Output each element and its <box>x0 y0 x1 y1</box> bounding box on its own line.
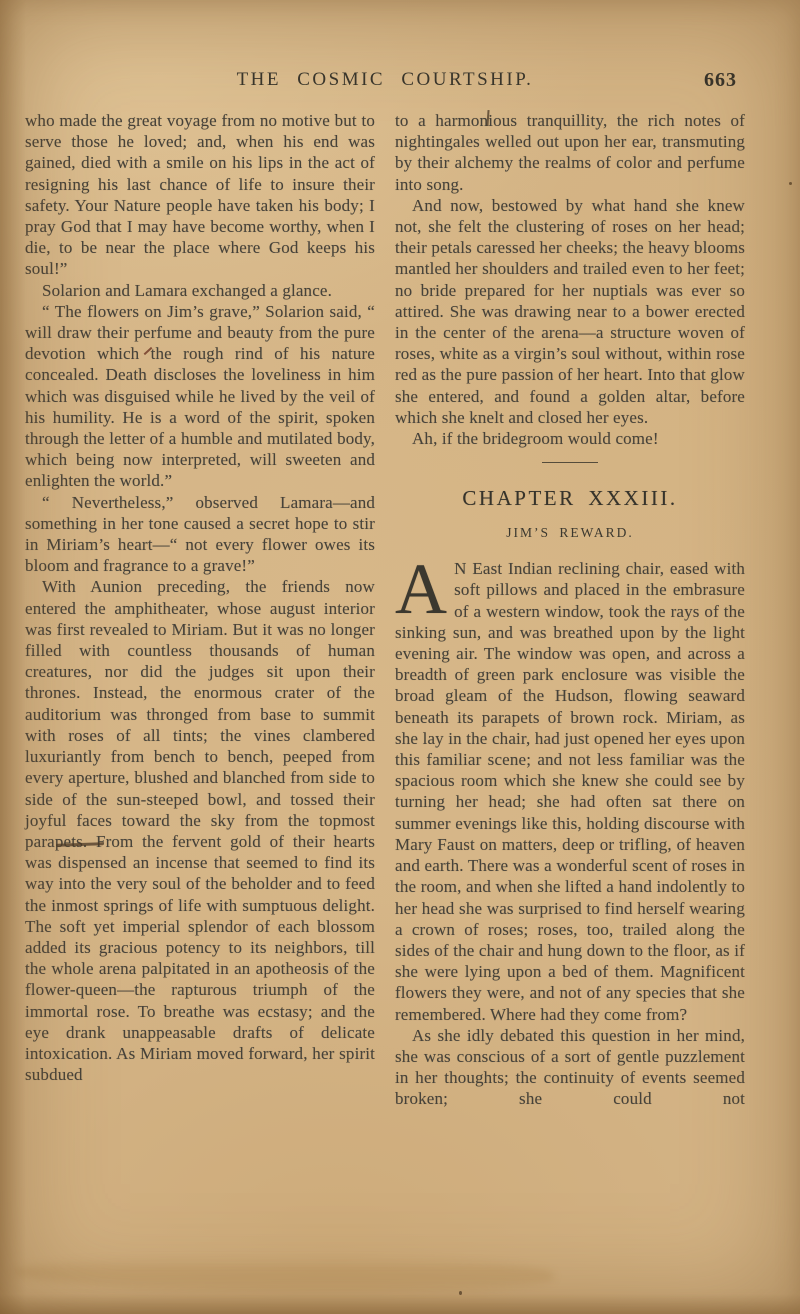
paragraph: And now, bestowed by what hand she knew … <box>395 195 745 428</box>
page-number: 663 <box>704 66 737 94</box>
chapter-heading: CHAPTER XXXIII. <box>395 486 745 510</box>
drop-cap: A <box>395 561 447 617</box>
paragraph: who made the great voyage from no motive… <box>25 110 375 280</box>
paragraph: “ Nevertheless,” observed Lamara—and som… <box>25 492 375 577</box>
page-body: who made the great voyage from no motive… <box>25 110 745 1110</box>
paragraph: “ The flowers on Jim’s grave,” Solarion … <box>25 301 375 492</box>
opening-paragraph: AN East Indian reclining chair, eased wi… <box>395 558 745 1024</box>
left-column: who made the great voyage from no motive… <box>25 110 375 1110</box>
paragraph: With Aunion preceding, the friends now e… <box>25 576 375 1085</box>
right-column: to a harmonious tranquillity, the rich n… <box>395 110 745 1110</box>
paper-stain <box>14 1256 554 1292</box>
book-page: THE COSMIC COURTSHIP. 663 who made the g… <box>0 0 800 1314</box>
paragraph: to a harmonious tranquillity, the rich n… <box>395 110 745 195</box>
page-edge-shadow-left <box>0 0 26 1314</box>
paragraph: Ah, if the bridegroom would come! <box>395 428 745 449</box>
paragraph: As she idly debated this question in her… <box>395 1025 745 1110</box>
ink-speck <box>789 182 792 185</box>
section-divider <box>542 462 598 463</box>
page-header: THE COSMIC COURTSHIP. 663 <box>25 66 745 96</box>
opening-paragraph-text: N East Indian reclining chair, eased wit… <box>395 559 745 1023</box>
page-edge-shadow-bottom <box>0 1294 800 1314</box>
chapter-subheading: JIM’S REWARD. <box>395 525 745 541</box>
ink-speck <box>459 1291 462 1295</box>
paragraph: Solarion and Lamara exchanged a glance. <box>25 280 375 301</box>
running-title: THE COSMIC COURTSHIP. <box>25 66 745 94</box>
